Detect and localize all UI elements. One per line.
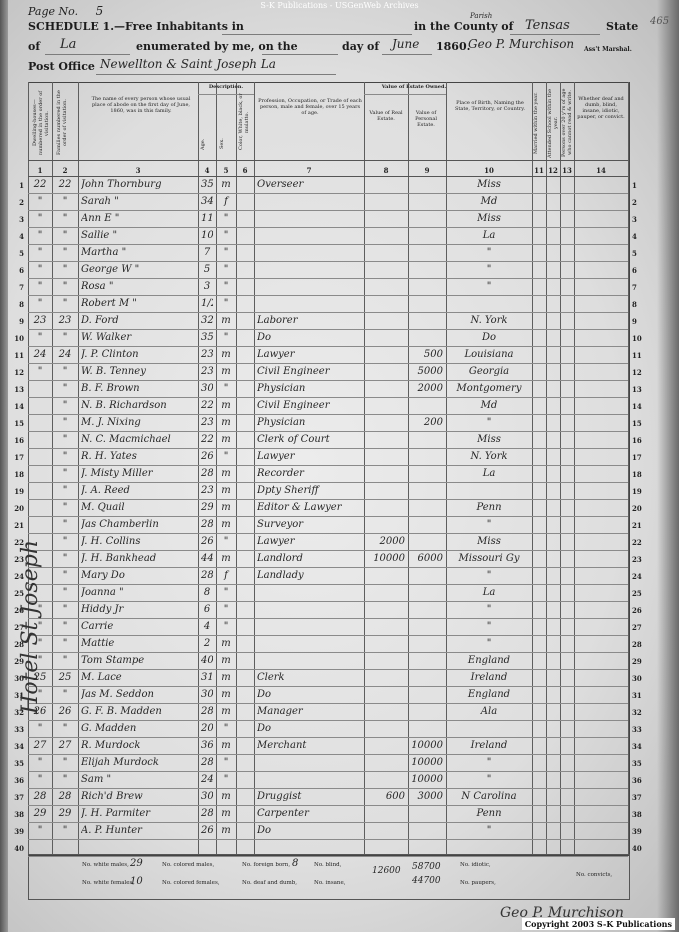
line-number: 25 bbox=[632, 589, 650, 598]
age: 22 bbox=[201, 434, 213, 446]
family-number: " bbox=[55, 451, 75, 463]
person-name: M. Quail bbox=[81, 502, 195, 514]
person-name: Rich'd Brew bbox=[81, 791, 195, 803]
age: 22 bbox=[201, 400, 213, 412]
page-number-value: 5 bbox=[96, 4, 104, 18]
family-number: " bbox=[55, 298, 75, 310]
personal-estate-total: 58700 bbox=[412, 862, 441, 872]
column-divider bbox=[78, 82, 79, 854]
birthplace: Do bbox=[449, 332, 529, 344]
row-divider bbox=[28, 261, 628, 262]
person-name: J. H. Bankhead bbox=[81, 553, 195, 565]
birthplace: Missouri Gy bbox=[449, 553, 529, 565]
age: 35 bbox=[201, 179, 213, 191]
line-number: 34 bbox=[6, 742, 24, 751]
column-divider bbox=[254, 82, 255, 854]
line-number: 8 bbox=[632, 300, 650, 309]
birthplace: " bbox=[449, 264, 529, 276]
dwelling-number: " bbox=[31, 366, 49, 378]
occupation: Landlady bbox=[257, 570, 361, 582]
hotel-annotation: Hotel St Joseph bbox=[18, 540, 43, 714]
line-number: 40 bbox=[632, 844, 650, 853]
deaf-dumb-label: No. deaf and dumb, bbox=[242, 880, 297, 886]
person-name: Martha " bbox=[81, 247, 195, 259]
post-office-label: Post Office bbox=[28, 60, 95, 73]
birthplace: England bbox=[449, 655, 529, 667]
header-divider bbox=[28, 176, 628, 177]
sex: m bbox=[219, 417, 233, 429]
occupation: Merchant bbox=[257, 740, 361, 752]
age: 36 bbox=[201, 740, 213, 752]
dwelling-number: " bbox=[31, 247, 49, 259]
line-number: 19 bbox=[632, 487, 650, 496]
family-number: " bbox=[55, 757, 75, 769]
line-number: 15 bbox=[632, 419, 650, 428]
col-header-family: Families numbered in the order of visita… bbox=[56, 86, 74, 160]
column-number: 4 bbox=[198, 166, 216, 175]
column-number: 5 bbox=[216, 166, 236, 175]
birthplace: " bbox=[449, 621, 529, 633]
row-divider bbox=[28, 703, 628, 704]
person-name: N. C. Macmichael bbox=[81, 434, 195, 446]
birthplace: Md bbox=[449, 400, 529, 412]
sex: " bbox=[219, 451, 233, 463]
column-divider bbox=[546, 82, 547, 854]
colored-males-label: No. colored males, bbox=[162, 862, 214, 868]
birthplace: N. York bbox=[449, 315, 529, 327]
age: 30 bbox=[201, 383, 213, 395]
line-number: 11 bbox=[6, 351, 24, 360]
person-name: Jas M. Seddon bbox=[81, 689, 195, 701]
copyright-notice: Copyright 2003 S-K Publications bbox=[522, 918, 675, 930]
birthplace: Louisiana bbox=[449, 349, 529, 361]
line-number: 20 bbox=[632, 504, 650, 513]
line-number: 18 bbox=[632, 470, 650, 479]
column-number: 13 bbox=[560, 166, 574, 175]
real-estate-value: 10000 bbox=[367, 553, 405, 565]
age: 30 bbox=[201, 689, 213, 701]
person-name: Sam " bbox=[81, 774, 195, 786]
page-number: Page No. 5 bbox=[28, 4, 103, 18]
occupation: Do bbox=[257, 332, 361, 344]
line-number: 32 bbox=[632, 708, 650, 717]
family-number: 27 bbox=[55, 740, 75, 752]
line-number: 14 bbox=[632, 402, 650, 411]
family-number: " bbox=[55, 264, 75, 276]
person-name: R. Murdock bbox=[81, 740, 195, 752]
occupation: Dpty Sheriff bbox=[257, 485, 361, 497]
col-header-real-estate: Value of Real Estate. bbox=[364, 110, 408, 122]
sex: m bbox=[219, 315, 233, 327]
row-divider bbox=[28, 482, 628, 483]
person-name: Hiddy Jr bbox=[81, 604, 195, 616]
line-number: 40 bbox=[6, 844, 24, 853]
person-name: Robert M " bbox=[81, 298, 195, 310]
birthplace: England bbox=[449, 689, 529, 701]
family-number: " bbox=[55, 213, 75, 225]
line-number: 39 bbox=[632, 827, 650, 836]
family-number: " bbox=[55, 400, 75, 412]
line-number: 16 bbox=[632, 436, 650, 445]
line-number: 35 bbox=[6, 759, 24, 768]
birthplace: Ireland bbox=[449, 672, 529, 684]
person-name: J. A. Reed bbox=[81, 485, 195, 497]
person-name: George W " bbox=[81, 264, 195, 276]
age: 40 bbox=[201, 655, 213, 667]
row-divider bbox=[28, 669, 628, 670]
birthplace: La bbox=[449, 587, 529, 599]
value-group: Value of Estate Owned. bbox=[364, 84, 464, 90]
occupation: Do bbox=[257, 825, 361, 837]
column-number: 2 bbox=[52, 166, 78, 175]
row-divider bbox=[28, 346, 628, 347]
person-name: Carrie bbox=[81, 621, 195, 633]
real-estate-total: 12600 bbox=[372, 866, 401, 876]
age: 1/2 bbox=[201, 298, 213, 310]
line-number: 1 bbox=[6, 181, 24, 190]
family-number: " bbox=[55, 570, 75, 582]
sex: m bbox=[219, 349, 233, 361]
insane-label: No. insane, bbox=[314, 880, 345, 886]
col-header-personal-estate: Value of Personal Estate. bbox=[408, 110, 444, 128]
person-name: Sarah " bbox=[81, 196, 195, 208]
line-number: 7 bbox=[6, 283, 24, 292]
column-divider bbox=[216, 82, 217, 854]
row-divider bbox=[28, 737, 628, 738]
family-number: " bbox=[55, 553, 75, 565]
family-number: 26 bbox=[55, 706, 75, 718]
birthplace: La bbox=[449, 468, 529, 480]
white-males-value: 29 bbox=[130, 858, 143, 869]
occupation: Lawyer bbox=[257, 349, 361, 361]
of-label: of bbox=[28, 40, 40, 53]
person-name: N. B. Richardson bbox=[81, 400, 195, 412]
line-number: 29 bbox=[632, 657, 650, 666]
line-number: 12 bbox=[6, 368, 24, 377]
foreign-born-value: 8 bbox=[292, 858, 298, 869]
birthplace: " bbox=[449, 774, 529, 786]
age: 29 bbox=[201, 502, 213, 514]
sex: m bbox=[219, 689, 233, 701]
family-number: 24 bbox=[55, 349, 75, 361]
row-divider bbox=[28, 805, 628, 806]
birthplace: Miss bbox=[449, 179, 529, 191]
col-header-married: Married within the year. bbox=[533, 86, 545, 160]
age: 8 bbox=[201, 587, 213, 599]
sex: " bbox=[219, 298, 233, 310]
age: 31 bbox=[201, 672, 213, 684]
col-header-occupation: Profession, Occupation, or Trade of each… bbox=[258, 98, 362, 116]
occupation: Clerk of Court bbox=[257, 434, 361, 446]
row-divider bbox=[28, 652, 628, 653]
birthplace: Miss bbox=[449, 536, 529, 548]
line-number: 18 bbox=[6, 470, 24, 479]
personal-estate-value: 5000 bbox=[411, 366, 443, 378]
occupation: Druggist bbox=[257, 791, 361, 803]
dwelling-number: " bbox=[31, 774, 49, 786]
foreign-born-label: No. foreign born, bbox=[242, 862, 290, 868]
dwelling-number: " bbox=[31, 332, 49, 344]
occupation: Physician bbox=[257, 383, 361, 395]
occupation: Overseer bbox=[257, 179, 361, 191]
line-number: 15 bbox=[6, 419, 24, 428]
dwelling-number: " bbox=[31, 213, 49, 225]
line-number: 39 bbox=[6, 827, 24, 836]
person-name: Joanna " bbox=[81, 587, 195, 599]
birthplace: Ireland bbox=[449, 740, 529, 752]
page-stamp: 465 bbox=[650, 16, 669, 27]
person-name: A. P. Hunter bbox=[81, 825, 195, 837]
age: 28 bbox=[201, 808, 213, 820]
dwelling-number: " bbox=[31, 196, 49, 208]
line-number: 13 bbox=[6, 385, 24, 394]
birthplace: Miss bbox=[449, 434, 529, 446]
sex: m bbox=[219, 400, 233, 412]
personal-estate-value: 10000 bbox=[411, 757, 443, 769]
dwelling-number: 27 bbox=[31, 740, 49, 752]
column-number: 12 bbox=[546, 166, 560, 175]
colored-females-label: No. colored females, bbox=[162, 880, 220, 886]
sex: m bbox=[219, 672, 233, 684]
line-number: 21 bbox=[632, 521, 650, 530]
personal-estate-value: 6000 bbox=[411, 553, 443, 565]
birthplace: Montgomery bbox=[449, 383, 529, 395]
family-number: " bbox=[55, 485, 75, 497]
dwelling-number: " bbox=[31, 281, 49, 293]
age: 23 bbox=[201, 366, 213, 378]
family-number: " bbox=[55, 723, 75, 735]
real-estate-value: 2000 bbox=[367, 536, 405, 548]
line-number: 4 bbox=[632, 232, 650, 241]
row-divider bbox=[28, 754, 628, 755]
occupation: Lawyer bbox=[257, 451, 361, 463]
row-divider bbox=[28, 635, 628, 636]
age: 4 bbox=[201, 621, 213, 633]
person-name: W. B. Tenney bbox=[81, 366, 195, 378]
sex: " bbox=[219, 383, 233, 395]
line-number: 16 bbox=[6, 436, 24, 445]
age: 23 bbox=[201, 417, 213, 429]
dwelling-number: 28 bbox=[31, 791, 49, 803]
line-number: 33 bbox=[6, 725, 24, 734]
line-number: 3 bbox=[632, 215, 650, 224]
sex: " bbox=[219, 213, 233, 225]
birthplace: Penn bbox=[449, 808, 529, 820]
person-name: J. H. Parmiter bbox=[81, 808, 195, 820]
col-header-birthplace: Place of Birth, Naming the State, Territ… bbox=[448, 100, 532, 112]
dwelling-number: 22 bbox=[31, 179, 49, 191]
col-header-name: The name of every person whose usual pla… bbox=[86, 96, 196, 114]
birthplace: " bbox=[449, 757, 529, 769]
line-number: 19 bbox=[6, 487, 24, 496]
birthplace: " bbox=[449, 281, 529, 293]
dwelling-number: " bbox=[31, 723, 49, 735]
column-number: 7 bbox=[254, 166, 364, 175]
dwelling-number: " bbox=[31, 298, 49, 310]
column-divider bbox=[574, 82, 575, 854]
column-divider bbox=[560, 82, 561, 854]
sex: f bbox=[219, 570, 233, 582]
occupation: Civil Engineer bbox=[257, 400, 361, 412]
age: 28 bbox=[201, 570, 213, 582]
age: 7 bbox=[201, 247, 213, 259]
family-number: " bbox=[55, 655, 75, 667]
row-divider bbox=[28, 771, 628, 772]
family-number: " bbox=[55, 502, 75, 514]
row-divider bbox=[28, 465, 628, 466]
column-number: 10 bbox=[446, 166, 532, 175]
column-divider bbox=[28, 82, 29, 854]
person-name: John Thornburg bbox=[81, 179, 195, 191]
birthplace: " bbox=[449, 247, 529, 259]
personal-estate-value: 10000 bbox=[411, 774, 443, 786]
column-number: 9 bbox=[408, 166, 446, 175]
occupation: Landlord bbox=[257, 553, 361, 565]
person-name: Ann E " bbox=[81, 213, 195, 225]
month-value: June bbox=[392, 37, 419, 51]
day-label: day of bbox=[342, 40, 379, 53]
birthplace: Miss bbox=[449, 213, 529, 225]
line-number: 20 bbox=[6, 504, 24, 513]
column-divider bbox=[236, 82, 237, 854]
row-divider bbox=[28, 856, 628, 857]
line-number: 34 bbox=[632, 742, 650, 751]
real-estate-value: 600 bbox=[367, 791, 405, 803]
sex: m bbox=[219, 502, 233, 514]
line-number: 10 bbox=[6, 334, 24, 343]
row-divider bbox=[28, 839, 628, 840]
personal-estate-value: 500 bbox=[411, 349, 443, 361]
line-number: 9 bbox=[632, 317, 650, 326]
row-divider bbox=[28, 295, 628, 296]
personal-estate-value: 200 bbox=[411, 417, 443, 429]
occupation: Do bbox=[257, 689, 361, 701]
sex: " bbox=[219, 587, 233, 599]
dwelling-number: 24 bbox=[31, 349, 49, 361]
column-divider bbox=[408, 82, 409, 854]
line-number: 1 bbox=[632, 181, 650, 190]
family-number: " bbox=[55, 247, 75, 259]
sex: m bbox=[219, 553, 233, 565]
dwelling-number: 29 bbox=[31, 808, 49, 820]
state-value: La bbox=[60, 37, 76, 52]
age: 26 bbox=[201, 536, 213, 548]
line-number: 17 bbox=[6, 453, 24, 462]
occupation: Lawyer bbox=[257, 536, 361, 548]
occupation: Do bbox=[257, 723, 361, 735]
line-number: 3 bbox=[6, 215, 24, 224]
sex: " bbox=[219, 723, 233, 735]
column-number: 6 bbox=[236, 166, 254, 175]
person-name: Mary Do bbox=[81, 570, 195, 582]
marshal-label: Ass't Marshal. bbox=[584, 46, 632, 53]
age: 10 bbox=[201, 230, 213, 242]
age: 32 bbox=[201, 315, 213, 327]
row-divider bbox=[28, 380, 628, 381]
census-page: S-K Publications - USGenWeb Archives Pag… bbox=[0, 0, 679, 932]
family-number: 28 bbox=[55, 791, 75, 803]
idiotic-label: No. idiotic, bbox=[460, 862, 491, 868]
row-divider bbox=[28, 720, 628, 721]
sex: f bbox=[219, 196, 233, 208]
line-number: 33 bbox=[632, 725, 650, 734]
person-name: Tom Stampe bbox=[81, 655, 195, 667]
age: 35 bbox=[201, 332, 213, 344]
age: 28 bbox=[201, 706, 213, 718]
occupation: Civil Engineer bbox=[257, 366, 361, 378]
county-prefix: Parish bbox=[470, 12, 492, 20]
line-number: 11 bbox=[632, 351, 650, 360]
family-number: " bbox=[55, 196, 75, 208]
personal-estate-value: 10000 bbox=[411, 740, 443, 752]
census-year: 1860. bbox=[436, 40, 470, 53]
occupation: Manager bbox=[257, 706, 361, 718]
row-divider bbox=[28, 516, 628, 517]
state-label: State bbox=[606, 20, 638, 33]
family-number: " bbox=[55, 587, 75, 599]
col-header-school: Attended School within the year. bbox=[547, 86, 559, 160]
birthplace: Md bbox=[449, 196, 529, 208]
dwelling-number: " bbox=[31, 757, 49, 769]
blind-label: No. blind, bbox=[314, 862, 341, 868]
sex: " bbox=[219, 536, 233, 548]
birthplace: " bbox=[449, 570, 529, 582]
line-number: 14 bbox=[6, 402, 24, 411]
line-number: 5 bbox=[6, 249, 24, 258]
age: 6 bbox=[201, 604, 213, 616]
person-name: W. Walker bbox=[81, 332, 195, 344]
personal-estate-value: 3000 bbox=[411, 791, 443, 803]
family-number: " bbox=[55, 417, 75, 429]
family-number: " bbox=[55, 638, 75, 650]
sex: " bbox=[219, 247, 233, 259]
family-number: " bbox=[55, 230, 75, 242]
row-divider bbox=[28, 550, 628, 551]
row-divider bbox=[28, 788, 628, 789]
age: 28 bbox=[201, 519, 213, 531]
row-divider bbox=[28, 397, 628, 398]
person-name: Jas Chamberlin bbox=[81, 519, 195, 531]
line-number: 38 bbox=[6, 810, 24, 819]
person-name: M. J. Nixing bbox=[81, 417, 195, 429]
line-number: 24 bbox=[632, 572, 650, 581]
column-number: 11 bbox=[532, 166, 546, 175]
line-number: 23 bbox=[632, 555, 650, 564]
line-number: 5 bbox=[632, 249, 650, 258]
county-value: Tensas bbox=[525, 18, 570, 33]
family-number: " bbox=[55, 774, 75, 786]
column-divider bbox=[628, 82, 629, 854]
family-number: " bbox=[55, 332, 75, 344]
schedule-title: SCHEDULE 1.—Free Inhabitants in bbox=[28, 20, 244, 33]
age: 34 bbox=[201, 196, 213, 208]
row-divider bbox=[28, 533, 628, 534]
dwelling-number: " bbox=[31, 825, 49, 837]
line-number: 21 bbox=[6, 521, 24, 530]
line-number: 2 bbox=[632, 198, 650, 207]
white-males-label: No. white males, bbox=[82, 862, 129, 868]
person-name: J. H. Collins bbox=[81, 536, 195, 548]
column-number: 3 bbox=[78, 166, 198, 175]
column-divider bbox=[52, 82, 53, 854]
personal-estate-total-alt: 44700 bbox=[412, 876, 441, 886]
row-divider bbox=[28, 244, 628, 245]
occupation: Laborer bbox=[257, 315, 361, 327]
age: 26 bbox=[201, 451, 213, 463]
col-header-color: Color, White, black, or mulatto. bbox=[238, 86, 252, 158]
occupation: Clerk bbox=[257, 672, 361, 684]
row-divider bbox=[28, 312, 628, 313]
